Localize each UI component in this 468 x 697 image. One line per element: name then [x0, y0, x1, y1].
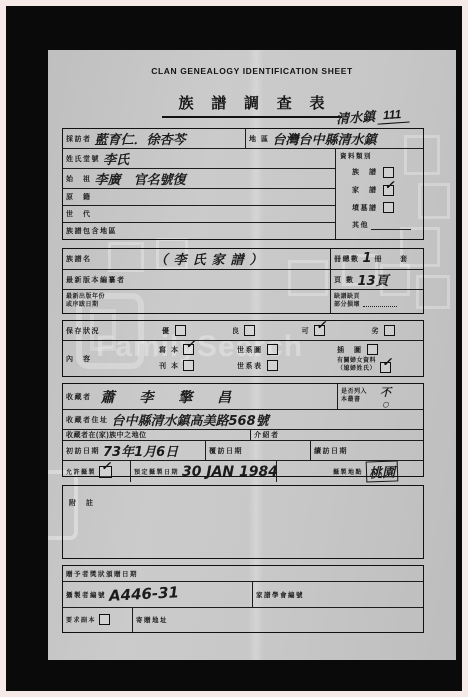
permission-label: 允許攝製	[66, 467, 96, 476]
listed-label1: 是否列入	[341, 389, 367, 396]
condition-options: 優 良 可✓ 劣	[159, 321, 423, 340]
area-cell: 地 區 台灣台中縣清水鎮	[246, 129, 423, 148]
follow-visit-cell: 續訪日期	[311, 441, 423, 460]
copy-request-label: 要求副本	[66, 615, 96, 624]
filmer-number-value: A446-31	[109, 583, 180, 605]
basic-info-table: 採訪者 藍育仁．徐杏芩 地 區 台灣台中縣清水鎮 姓氏堂號 李氏	[62, 128, 424, 240]
english-title: CLAN GENEALOGY IDENTIFICATION SHEET	[48, 66, 456, 76]
first-visit-cell: 初訪日期 73年1月6日	[63, 441, 206, 460]
damage-cell: 缺譜缺頁 部分損壞	[331, 290, 423, 313]
checkbox-pedigree-chart	[267, 344, 278, 355]
coverage-row: 族譜包含地區	[63, 223, 335, 239]
category-panel: 資料類別 族 譜 家 譜 ✓ 墳墓譜	[336, 149, 423, 239]
category-other: 其他	[352, 220, 419, 230]
compiler-label: 最新版本編纂者	[66, 275, 126, 285]
book-title-value: （李氏家譜）	[155, 249, 269, 268]
annotation-place: 清水鎮	[335, 106, 375, 128]
generations-label: 世 代	[66, 209, 92, 219]
genealogy-form-sheet: FamilySearch CLAN GENEALOGY IDENTIFICATI…	[48, 50, 456, 660]
film-place-value: 桃園	[366, 460, 399, 482]
position-label: 收藏者在(家)族中之地位	[66, 430, 147, 440]
introducer-cell: 介紹者	[251, 430, 423, 440]
content-label: 內 容	[66, 354, 92, 364]
checkbox-poor	[384, 325, 395, 336]
permission-cell: 允許攝製 ✓	[63, 461, 131, 482]
book-info-table: 族譜名 （李氏家譜） 冊總數 1 冊 套 最新版本編纂者 頁 數 13頁	[62, 248, 424, 314]
interviewer-value: 藍育仁．徐杏芩	[95, 129, 186, 148]
film-date-value: 30 JAN 1984	[182, 464, 278, 480]
film-date-cell: 預定攝製日期 30 JAN 1984	[131, 461, 277, 482]
category-option: 家 譜 ✓	[352, 185, 419, 196]
checkbox-illustrations	[367, 344, 378, 355]
follow-visit-label: 續訪日期	[314, 446, 348, 456]
ancestor-row: 始 祖 李廣 官名號復	[63, 169, 335, 189]
filmer-number-label: 攝製者編號	[66, 590, 106, 599]
second-visit-label: 覆訪日期	[209, 446, 243, 456]
numbering-table: 贈予者獎狀頒贈日期 攝製者編號 A446-31 家譜學會編號 要求副本	[62, 565, 424, 633]
checkbox-printed	[183, 360, 194, 371]
damage-label1: 缺譜缺頁	[334, 294, 360, 301]
ancestor-value: 李廣 官名號復	[95, 169, 186, 188]
book-title-cell: 族譜名 （李氏家譜）	[63, 249, 331, 269]
notes-box: 附 註	[62, 485, 424, 559]
damage-blank-line	[363, 297, 397, 307]
address-cell: 收藏者住址 台中縣清水鎮高美路568號	[63, 410, 423, 429]
listed-value-mark: 〇	[383, 400, 389, 409]
pages-label: 頁 數	[334, 275, 354, 285]
handwritten-annotation: 清水鎮 111	[335, 103, 409, 127]
compiler-cell: 最新版本編纂者	[63, 270, 331, 290]
coverage-label: 族譜包含地區	[66, 226, 117, 236]
category-option: 墳墓譜	[352, 202, 419, 213]
listed-cell: 是否列入 本叢書 不 〇	[338, 384, 423, 409]
notes-label: 附 註	[69, 500, 95, 507]
second-visit-cell: 覆訪日期	[206, 441, 311, 460]
ancestor-label: 始 祖	[66, 174, 92, 184]
listed-value: 不	[380, 384, 391, 400]
volumes-cell: 冊總數 1 冊 套	[331, 249, 423, 269]
publish-year-cell: 最新出版年份 或序跋日期	[63, 290, 331, 313]
volumes-value: 1	[363, 251, 372, 266]
surname-row: 姓氏堂號 李氏	[63, 149, 335, 169]
checkbox-filming-permitted: ✓	[99, 466, 112, 478]
annotation-number: 111	[377, 106, 410, 124]
holder-table: 收藏者 蕭 李 擎 昌 是否列入 本叢書 不 〇 收藏者住址	[62, 383, 424, 477]
award-date-cell: 贈予者獎狀頒贈日期	[63, 566, 423, 581]
publish-year-label2: 或序跋日期	[66, 302, 105, 309]
checkbox-family-genealogy: ✓	[383, 185, 394, 196]
volumes-unit1: 冊	[375, 254, 384, 264]
listed-label2: 本叢書	[341, 397, 367, 404]
filmer-number-cell: 攝製者編號 A446-31	[63, 582, 253, 607]
volumes-label: 冊總數	[334, 254, 360, 264]
pages-cell: 頁 數 13頁	[331, 270, 423, 290]
interviewer-label: 採訪者	[66, 134, 92, 144]
checkbox-clan-genealogy	[383, 167, 394, 178]
category-label: 資料類別	[340, 151, 419, 160]
checkbox-manuscript: ✓	[183, 344, 194, 355]
checkbox-excellent	[175, 325, 186, 336]
interviewer-cell: 採訪者 藍育仁．徐杏芩	[63, 129, 246, 148]
category-other-label: 其他	[352, 220, 369, 230]
film-place-cell: 攝製地點 桃園	[277, 461, 423, 482]
society-number-label: 家譜學會編號	[256, 590, 304, 599]
other-blank-line	[371, 220, 411, 230]
generations-row: 世 代	[63, 206, 335, 223]
content-options: 寫 本✓ 世系圖 插 圖 刊 本 世系表 有關婦女資料 （媳婦姓氏） ✓	[159, 341, 423, 376]
position-cell: 收藏者在(家)族中之地位	[63, 430, 251, 440]
scanned-page: FamilySearch CLAN GENEALOGY IDENTIFICATI…	[0, 0, 468, 697]
surname-value: 李氏	[103, 149, 129, 168]
damage-label2: 部分損壞	[334, 302, 360, 309]
holder-cell: 收藏者 蕭 李 擎 昌	[63, 384, 338, 409]
content-label-cell: 內 容	[63, 341, 159, 376]
condition-label: 保存狀況	[66, 326, 100, 336]
area-label: 地 區	[249, 134, 269, 144]
mail-address-label: 寄贈地址	[136, 615, 168, 624]
introducer-label: 介紹者	[254, 430, 280, 440]
checkbox-grave-genealogy	[383, 202, 394, 213]
pages-value: 13頁	[357, 270, 388, 289]
holder-label: 收藏者	[66, 392, 92, 402]
mail-address-cell: 寄贈地址	[133, 608, 423, 633]
volumes-unit2: 套	[400, 254, 409, 264]
checkbox-women-data: ✓	[380, 362, 391, 373]
origin-row: 原 籍	[63, 189, 335, 206]
copy-request-cell: 要求副本	[63, 608, 133, 633]
society-number-cell: 家譜學會編號	[253, 582, 423, 607]
film-date-label: 預定攝製日期	[134, 467, 179, 476]
film-place-label: 攝製地點	[333, 467, 363, 476]
holder-value: 蕭 李 擎 昌	[101, 387, 242, 407]
first-visit-value: 73年1月6日	[103, 441, 178, 460]
book-title-label: 族譜名	[66, 254, 92, 264]
award-date-label: 贈予者獎狀頒贈日期	[66, 569, 138, 578]
checkbox-good	[244, 325, 255, 336]
checkbox-fair: ✓	[314, 325, 325, 336]
address-label: 收藏者住址	[66, 415, 109, 425]
checkbox-pedigree-table	[267, 360, 278, 371]
address-value: 台中縣清水鎮高美路568號	[112, 410, 269, 429]
area-value: 台灣台中縣清水鎮	[272, 129, 376, 148]
surname-label: 姓氏堂號	[66, 154, 100, 164]
condition-label-cell: 保存狀況	[63, 321, 159, 340]
condition-table: 保存狀況 優 良 可✓ 劣 內 容 寫 本✓ 世系圖 插 圖	[62, 320, 424, 377]
first-visit-label: 初訪日期	[66, 446, 100, 456]
checkbox-copy-request	[99, 614, 110, 625]
origin-label: 原 籍	[66, 192, 92, 202]
publish-year-label1: 最新出版年份	[66, 294, 105, 301]
category-option: 族 譜	[352, 167, 419, 178]
